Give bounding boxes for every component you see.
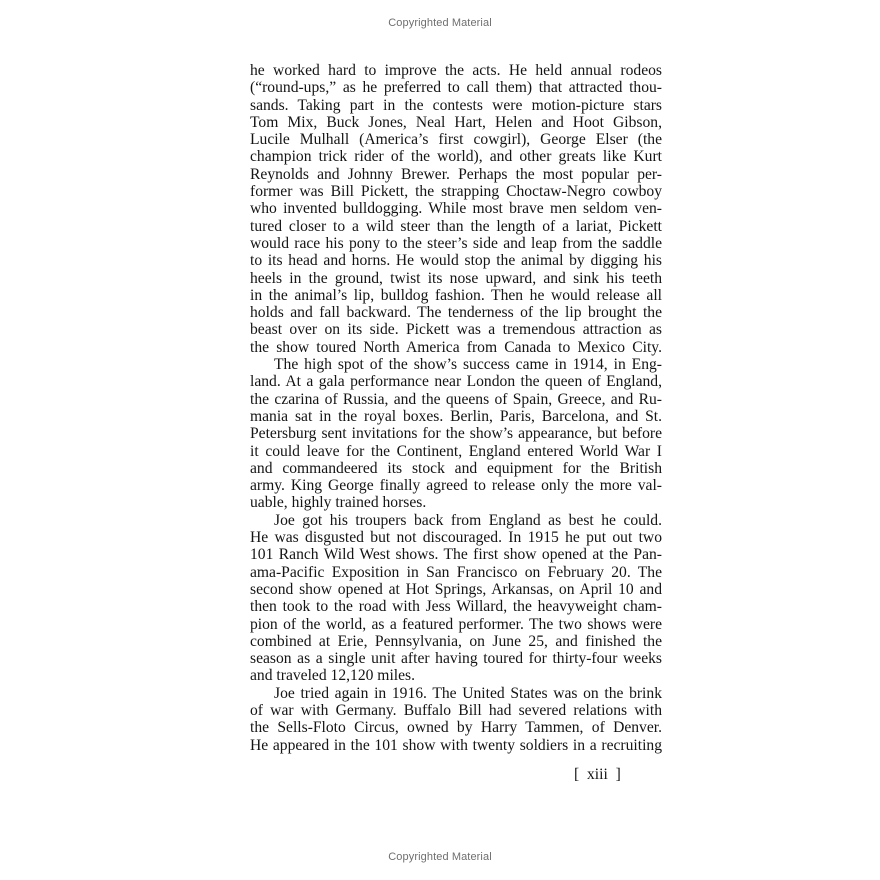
text-line: the czarina of Russia, and the queens of… xyxy=(250,391,662,408)
text-line: in the animal’s lip, bulldog fashion. Th… xyxy=(250,287,662,304)
text-line: Tom Mix, Buck Jones, Neal Hart, Helen an… xyxy=(250,114,662,131)
text-line: Reynolds and Johnny Brewer. Perhaps the … xyxy=(250,166,662,183)
text-line: former was Bill Pickett, the strapping C… xyxy=(250,183,662,200)
text-line: Joe tried again in 1916. The United Stat… xyxy=(250,685,662,702)
text-line: it could leave for the Continent, Englan… xyxy=(250,443,662,460)
text-line: Petersburg sent invitations for the show… xyxy=(250,425,662,442)
text-line: land. At a gala performance near London … xyxy=(250,373,662,390)
text-line: uable, highly trained horses. xyxy=(250,494,662,511)
text-line: tured closer to a wild steer than the le… xyxy=(250,218,662,235)
text-line: champion trick rider of the world), and … xyxy=(250,148,662,165)
text-line: (“round-ups,” as he preferred to call th… xyxy=(250,79,662,96)
text-line: the show toured North America from Canad… xyxy=(250,339,662,356)
text-line: and traveled 12,120 miles. xyxy=(250,667,662,684)
text-line: would race his pony to the steer’s side … xyxy=(250,235,662,252)
text-line: army. King George finally agreed to rele… xyxy=(250,477,662,494)
text-line: to its head and horns. He would stop the… xyxy=(250,252,662,269)
text-line: mania sat in the royal boxes. Berlin, Pa… xyxy=(250,408,662,425)
copyright-watermark-top: Copyrighted Material xyxy=(0,17,880,29)
copyright-watermark-bottom: Copyrighted Material xyxy=(0,851,880,863)
text-line: of war with Germany. Buffalo Bill had se… xyxy=(250,702,662,719)
text-line: He appeared in the 101 show with twenty … xyxy=(250,737,662,754)
text-line: sands. Taking part in the contests were … xyxy=(250,97,662,114)
text-line: he worked hard to improve the acts. He h… xyxy=(250,62,662,79)
text-line: combined at Erie, Pennsylvania, on June … xyxy=(250,633,662,650)
text-line: second show opened at Hot Springs, Arkan… xyxy=(250,581,662,598)
text-line: then took to the road with Jess Willard,… xyxy=(250,598,662,615)
text-line: the Sells-Floto Circus, owned by Harry T… xyxy=(250,719,662,736)
text-line: heels in the ground, twist its nose upwa… xyxy=(250,270,662,287)
text-line: who invented bulldogging. While most bra… xyxy=(250,200,662,217)
text-line: holds and fall backward. The tenderness … xyxy=(250,304,662,321)
text-line: He was disgusted but not discouraged. In… xyxy=(250,529,662,546)
text-line: beast over on its side. Pickett was a tr… xyxy=(250,321,662,338)
text-line: pion of the world, as a featured perform… xyxy=(250,616,662,633)
text-line: The high spot of the show’s success came… xyxy=(250,356,662,373)
text-line: season as a single unit after having tou… xyxy=(250,650,662,667)
text-line: Joe got his troupers back from England a… xyxy=(250,512,662,529)
text-line: 101 Ranch Wild West shows. The first sho… xyxy=(250,546,662,563)
text-line: and commandeered its stock and equipment… xyxy=(250,460,662,477)
text-line: Lucile Mulhall (America’s first cowgirl)… xyxy=(250,131,662,148)
text-line: ama-Pacific Exposition in San Francisco … xyxy=(250,564,662,581)
page-number: [ xiii ] xyxy=(574,766,621,784)
page-body-text: he worked hard to improve the acts. He h… xyxy=(250,62,662,754)
